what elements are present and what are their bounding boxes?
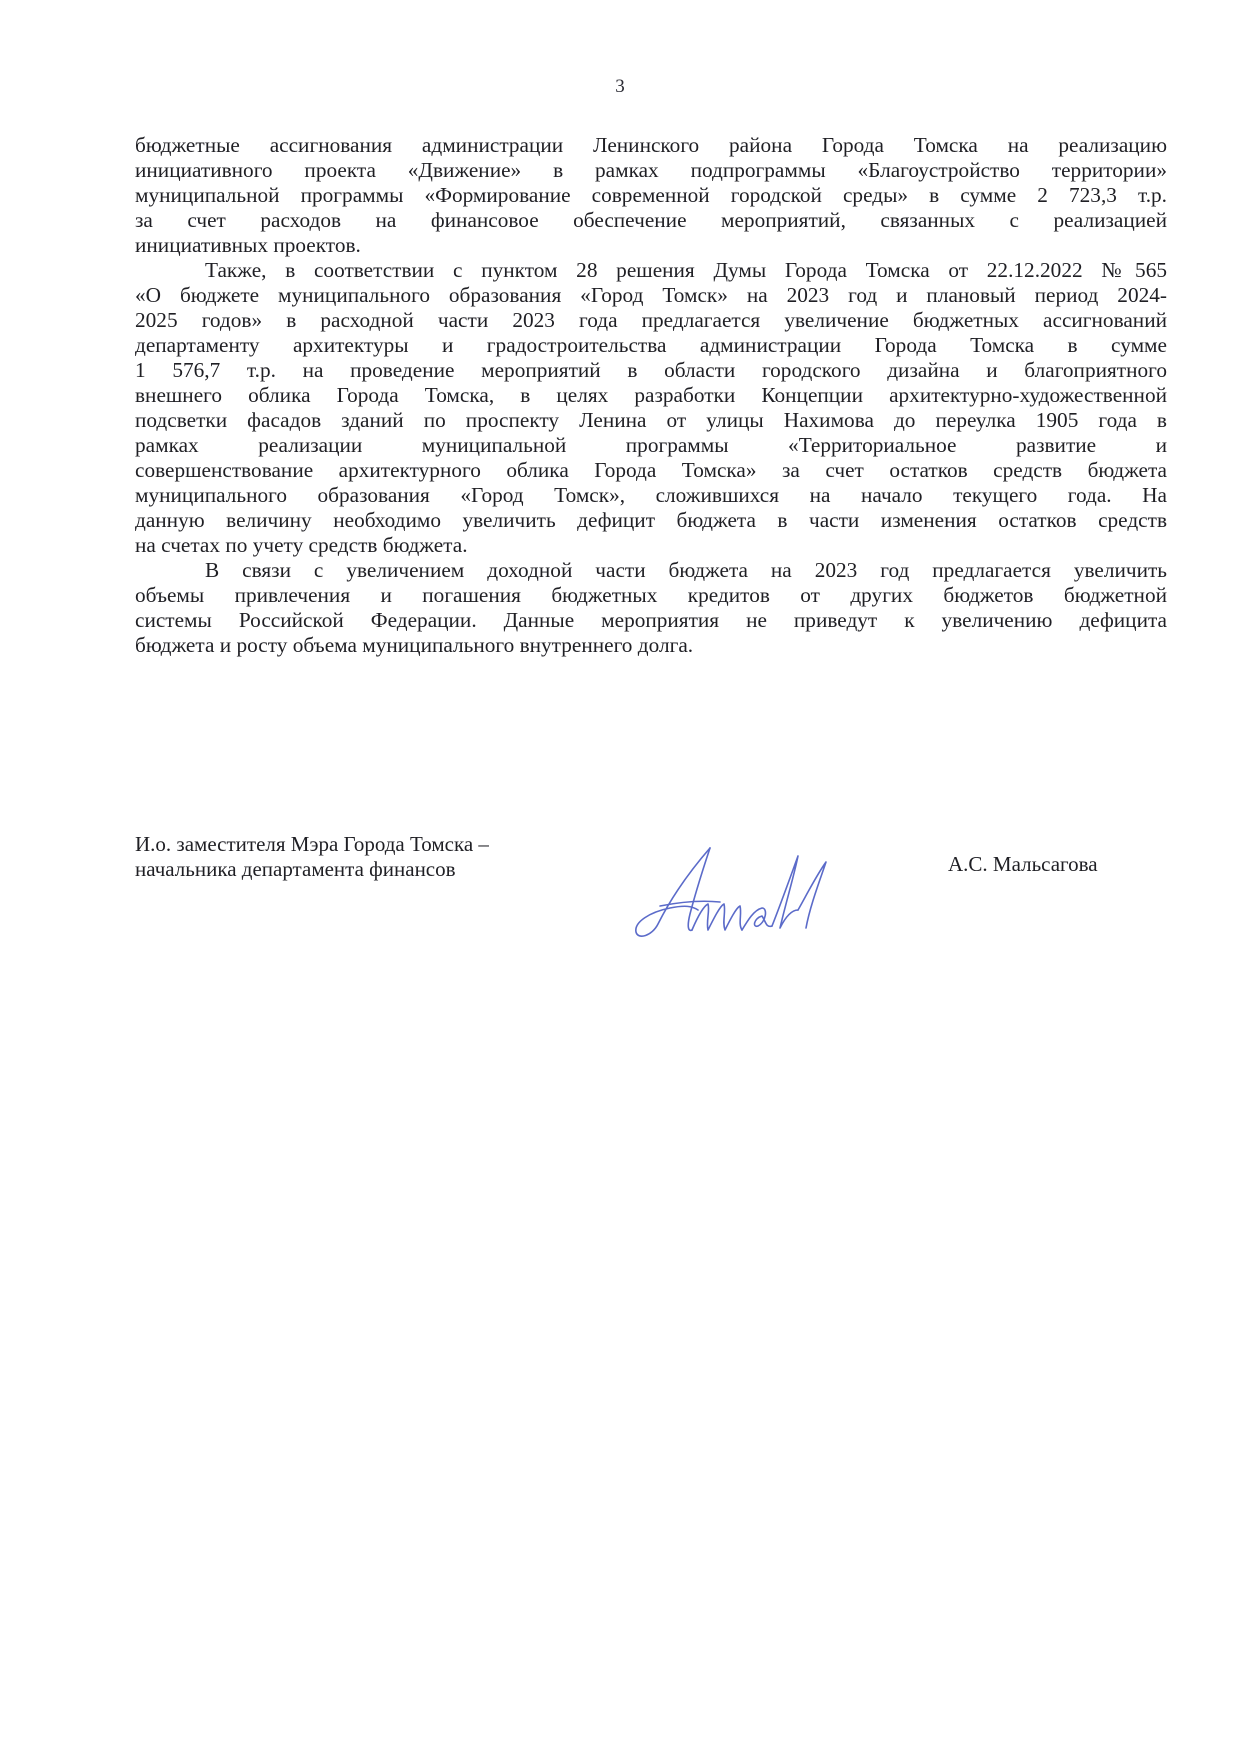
text-line: за счет расходов на финансовое обеспечен… bbox=[135, 208, 1167, 233]
text-line: рамках реализации муниципальной программ… bbox=[135, 433, 1167, 458]
text-line: бюджета и росту объема муниципального вн… bbox=[135, 633, 1167, 658]
text-line: на счетах по учету средств бюджета. bbox=[135, 533, 1167, 558]
signature-block: И.о. заместителя Мэра Города Томска – на… bbox=[135, 832, 1167, 952]
text-line: данную величину необходимо увеличить деф… bbox=[135, 508, 1167, 533]
signer-title: И.о. заместителя Мэра Города Томска – на… bbox=[135, 832, 489, 882]
text-line: объемы привлечения и погашения бюджетных… bbox=[135, 583, 1167, 608]
text-line: внешнего облика Города Томска, в целях р… bbox=[135, 383, 1167, 408]
text-line: 1 576,7 т.р. на проведение мероприятий в… bbox=[135, 358, 1167, 383]
handwritten-signature-icon bbox=[630, 836, 880, 946]
text-line: бюджетные ассигнования администрации Лен… bbox=[135, 133, 1167, 158]
signer-title-line: начальника департамента финансов bbox=[135, 857, 489, 882]
text-line: «О бюджете муниципального образования «Г… bbox=[135, 283, 1167, 308]
text-line: муниципального образования «Город Томск»… bbox=[135, 483, 1167, 508]
text-line: подсветки фасадов зданий по проспекту Ле… bbox=[135, 408, 1167, 433]
paragraph: Также, в соответствии с пунктом 28 решен… bbox=[135, 258, 1167, 558]
text-line: инициативного проекта «Движение» в рамка… bbox=[135, 158, 1167, 183]
text-line: инициативных проектов. bbox=[135, 233, 1167, 258]
text-line: системы Российской Федерации. Данные мер… bbox=[135, 608, 1167, 633]
text-line: 2025 годов» в расходной части 2023 года … bbox=[135, 308, 1167, 333]
signer-name: А.С. Мальсагова bbox=[948, 852, 1098, 877]
text-line: муниципальной программы «Формирование со… bbox=[135, 183, 1167, 208]
text-line: департаменту архитектуры и градостроител… bbox=[135, 333, 1167, 358]
text-line: В связи с увеличением доходной части бюд… bbox=[135, 558, 1167, 583]
text-line: Также, в соответствии с пунктом 28 решен… bbox=[135, 258, 1167, 283]
paragraph: В связи с увеличением доходной части бюд… bbox=[135, 558, 1167, 658]
signer-title-line: И.о. заместителя Мэра Города Томска – bbox=[135, 832, 489, 857]
text-line: совершенствование архитектурного облика … bbox=[135, 458, 1167, 483]
paragraph: бюджетные ассигнования администрации Лен… bbox=[135, 133, 1167, 258]
document-body: бюджетные ассигнования администрации Лен… bbox=[135, 133, 1167, 658]
page-number: 3 bbox=[0, 76, 1240, 98]
